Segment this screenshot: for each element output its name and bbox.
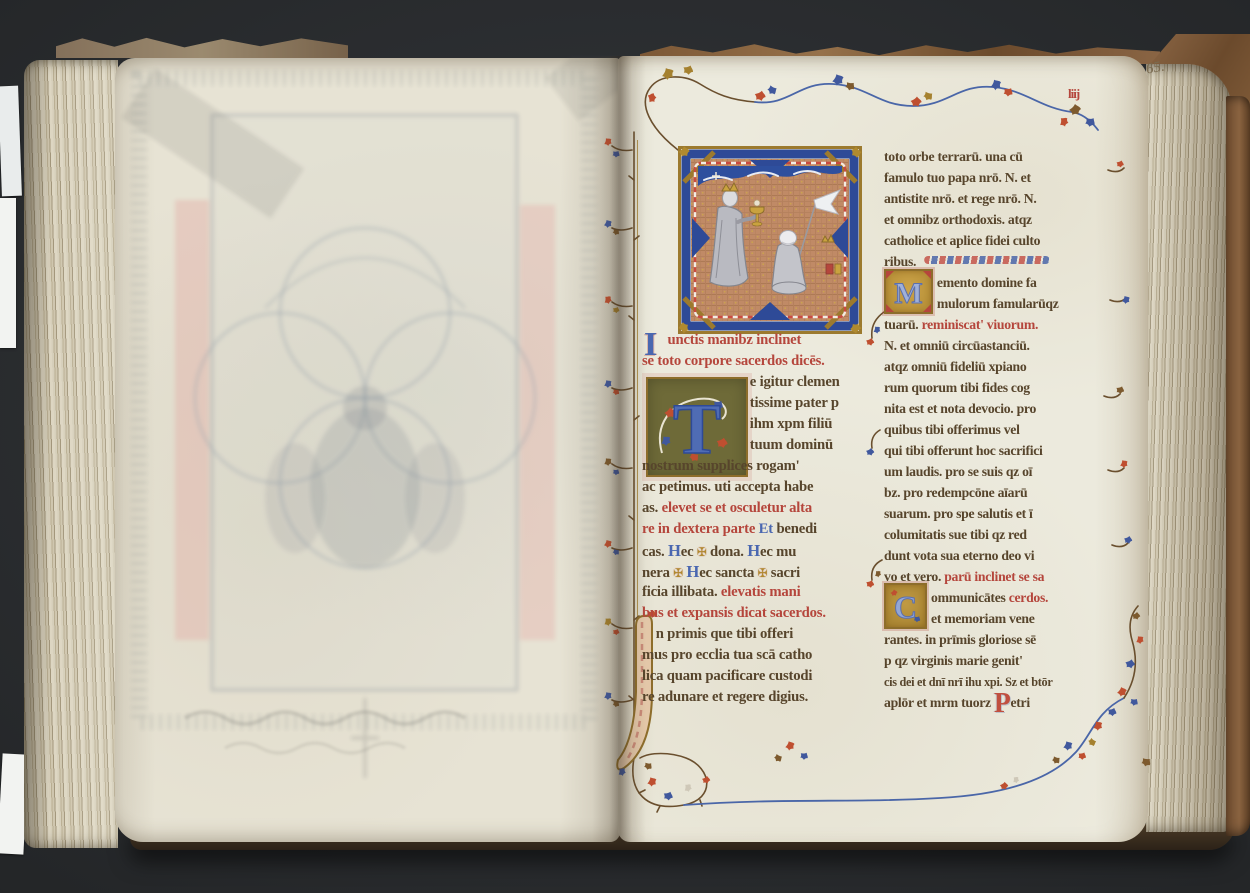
- text-line: et omnibz orthodoxis. atqz: [884, 210, 1111, 231]
- text-line: ac petimus. uti accepta habe: [642, 477, 869, 498]
- faint-offset-scribble: [115, 58, 620, 842]
- text-line: p qz virginis marie genit': [884, 651, 1111, 672]
- text-line: e igitur clemen: [642, 372, 869, 393]
- text-line: quibus tibi offerimus vel: [884, 420, 1111, 441]
- canon-miniature: [678, 146, 862, 334]
- text-line: aplōr et mrm tuorz Petri: [884, 693, 1111, 714]
- text-line: ommunicātes cerdos.: [884, 588, 1111, 609]
- text-column-left: unctis manibz inclinetse toto corpore sa…: [642, 330, 869, 708]
- text-line: et memoriam vene: [884, 609, 1111, 630]
- text-line: ihm xpm filiū: [642, 414, 869, 435]
- leather-top-edge-left: [56, 30, 348, 58]
- leather-cover-right: [1226, 96, 1250, 836]
- page-stack-left: [24, 60, 118, 848]
- text-line: rantes. in prīmis gloriose sē: [884, 630, 1111, 651]
- manuscript-photo: .stem{fill:none;stroke:#6a4f2e;stroke-wi…: [0, 0, 1250, 893]
- text-line: nita est et nota devocio. pro: [884, 399, 1111, 420]
- text-line: lica quam pacificare custodi: [642, 666, 869, 687]
- text-line: emento domine fa: [884, 273, 1111, 294]
- text-line: se toto corpore sacerdos dicēs.: [642, 351, 869, 372]
- loose-sheet: [0, 86, 22, 197]
- text-line: dunt vota sua eterno deo vi: [884, 546, 1111, 567]
- text-line: um laudis. pro se suis qz oī: [884, 462, 1111, 483]
- text-line: vo et vero. parū inclinet se sa: [884, 567, 1111, 588]
- text-line: qui tibi offerunt hoc sacrifici: [884, 441, 1111, 462]
- text-line: bus et expansis dicat sacerdos.: [642, 603, 869, 624]
- text-line: re in dextera parte Et benedi: [642, 519, 869, 540]
- text-line: antistite nrō. et rege nrō. N.: [884, 189, 1111, 210]
- text-line: bz. pro redempcōne aīarū: [884, 483, 1111, 504]
- text-line: N. et omniū circūastanciū.: [884, 336, 1111, 357]
- text-line: famulo tuo papa nrō. N. et: [884, 168, 1111, 189]
- quire-mark: liij: [1068, 86, 1079, 102]
- text-line: suarum. pro spe salutis et ī: [884, 504, 1111, 525]
- verso-page: [115, 58, 620, 842]
- text-line: ficia illibata. elevatis mani: [642, 582, 869, 603]
- text-line: unctis manibz inclinet: [642, 330, 869, 351]
- folio-number: 65.: [1145, 59, 1166, 79]
- text-line: mulorum famularūqz: [884, 294, 1111, 315]
- penwork-line-filler: [924, 256, 1049, 264]
- text-line: columitatis sue tibi qz red: [884, 525, 1111, 546]
- text-line: atqz omniū fideliū xpiano: [884, 357, 1111, 378]
- text-line: mus pro ecclia tua scā catho: [642, 645, 869, 666]
- text-line: tissime pater p: [642, 393, 869, 414]
- text-line: rum quorum tibi fides cog: [884, 378, 1111, 399]
- text-line: nera ✠ Hec sancta ✠ sacri: [642, 561, 869, 582]
- text-line: ribus.: [884, 252, 1111, 273]
- text-line: n primis que tibi offeri: [642, 624, 869, 645]
- text-column-right: toto orbe terrarū. una cūfamulo tuo papa…: [884, 147, 1111, 714]
- text-line: nostrum supplices rogam': [642, 456, 869, 477]
- text-line: catholice et aplice fidei culto: [884, 231, 1111, 252]
- text-line: tuarū. reminiscat' viuorum.: [884, 315, 1111, 336]
- text-line: toto orbe terrarū. una cū: [884, 147, 1111, 168]
- text-line: as. elevet se et osculetur alta: [642, 498, 869, 519]
- text-line: cas. Hec ✠ dona. Hec mu: [642, 540, 869, 561]
- loose-sheet: [0, 198, 16, 348]
- text-line: tuum dominū: [642, 435, 869, 456]
- text-line: re adunare et regere digius.: [642, 687, 869, 708]
